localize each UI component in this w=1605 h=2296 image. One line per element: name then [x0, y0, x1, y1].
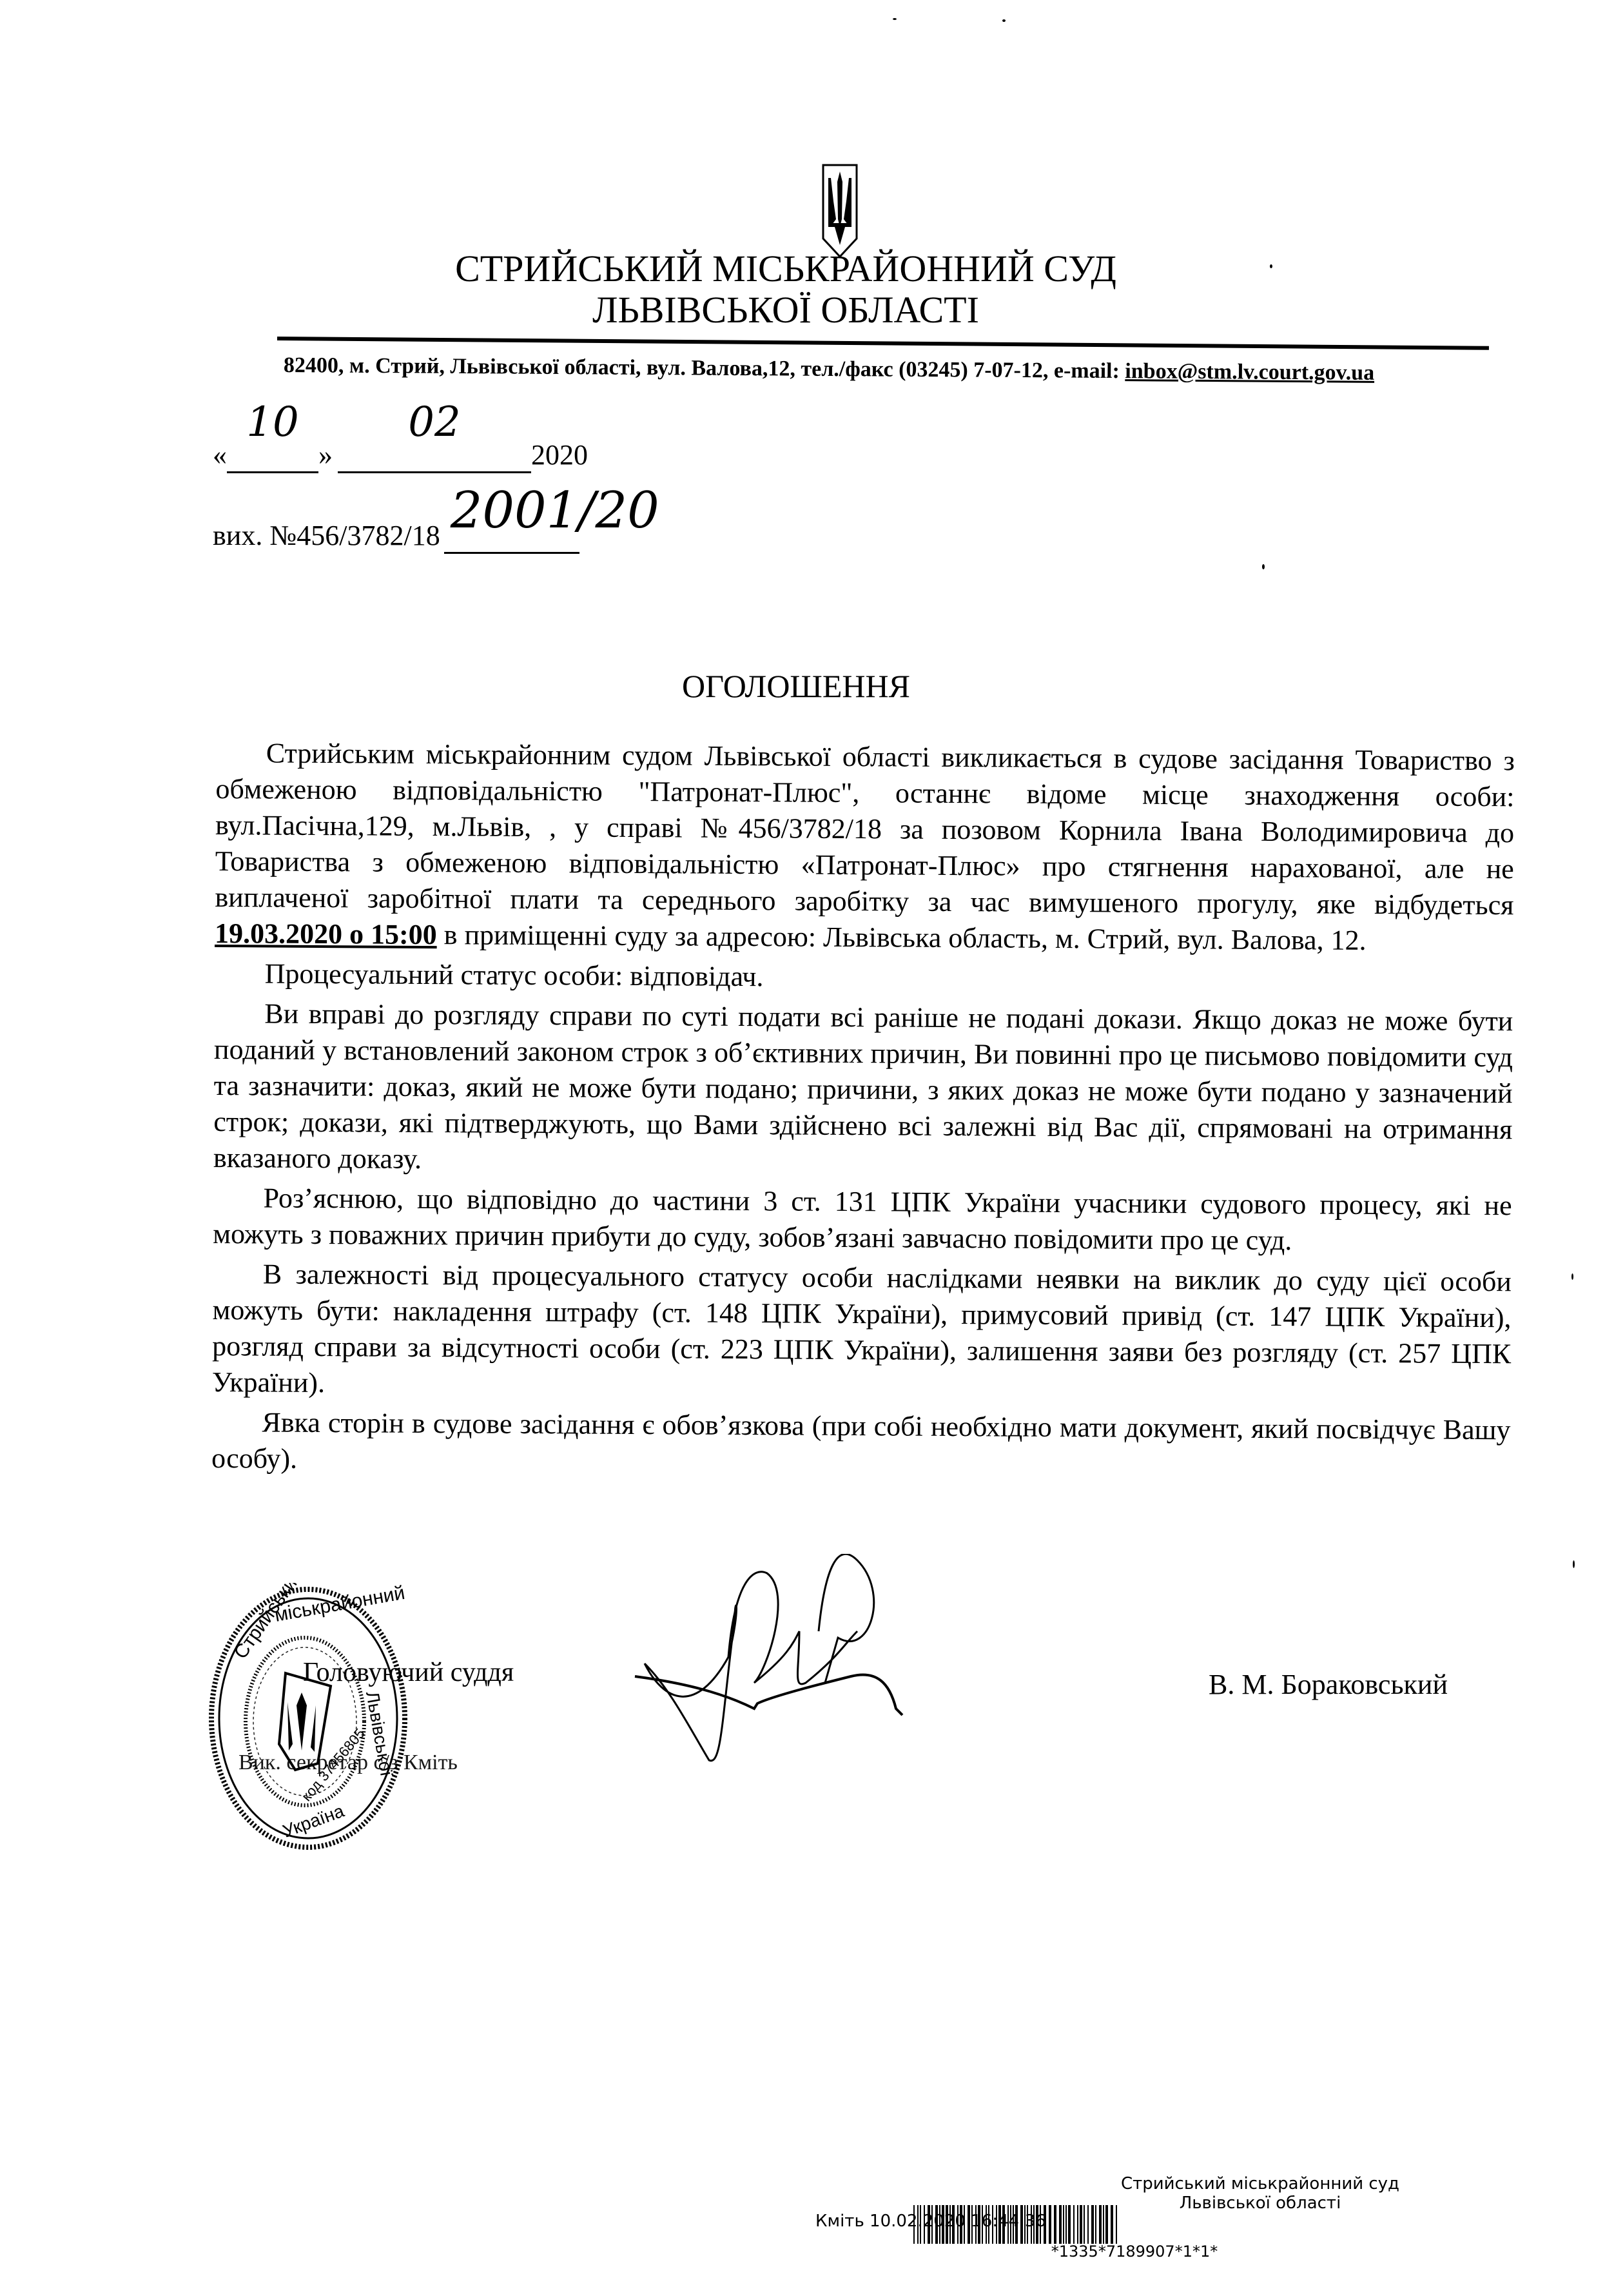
announcement-body: Стрийським міськрайонним судом Львівсько…	[211, 735, 1515, 1484]
barcode-icon	[913, 2205, 1118, 2244]
svg-text:Україна: Україна	[280, 1801, 347, 1841]
barcode-number: *1335*7189907*1*1*	[967, 2242, 1302, 2261]
scan-artifact	[1571, 1273, 1573, 1280]
signature-icon	[632, 1554, 1006, 1857]
date-month-field: 02	[338, 438, 531, 473]
court-name-heading: СТРИЙСЬКИЙ МІСЬКРАЙОННИЙ СУД ЛЬВІВСЬКОЇ …	[0, 248, 1588, 331]
handwritten-month: 02	[338, 398, 531, 446]
outgoing-number-field: 2001/20	[444, 519, 579, 554]
court-name-line-2: ЛЬВІВСЬКОЇ ОБЛАСТІ	[0, 289, 1588, 331]
open-quote: «	[213, 439, 227, 471]
position-label: Головуючий суддя	[303, 1657, 514, 1688]
scan-artifact	[893, 18, 897, 20]
scan-artifact	[1573, 1560, 1575, 1568]
email-link[interactable]: inbox@stm.lv.court.gov.ua	[1125, 359, 1374, 385]
document-title: ОГОЛОШЕННЯ	[0, 667, 1599, 705]
summons-address-text: в приміщенні суду за адресою: Львівська …	[437, 919, 1367, 956]
paragraph-status: Процесуальний статус особи: відповідач.	[215, 956, 1513, 999]
paragraph-clarification: Роз’яснюю, що відповідно до частини 3 ст…	[213, 1180, 1512, 1260]
coat-of-arms-icon	[821, 162, 859, 259]
header-divider	[277, 337, 1489, 350]
paragraph-evidence: Ви вправі до розгляду справи по суті под…	[213, 996, 1513, 1184]
secretary-note: Вик. секретар с/з Кміть	[238, 1751, 458, 1775]
address-text: 82400, м. Стрий, Львівської області, вул…	[284, 353, 1125, 383]
court-address: 82400, м. Стрий, Львівської області, вул…	[284, 353, 1374, 386]
close-quote: »	[318, 439, 333, 471]
date-day-field: 10	[227, 438, 318, 473]
registration-court-line-1: Стрийський міськрайонний суд	[1002, 2174, 1518, 2193]
outgoing-number-label: вих. №456/3782/18	[213, 520, 440, 551]
outgoing-number: вих. №456/3782/182001/20	[213, 519, 579, 554]
judge-name: В. М. Бораковський	[1209, 1668, 1448, 1701]
scan-artifact	[1262, 564, 1265, 569]
handwritten-outgoing-number: 2001/20	[451, 482, 659, 540]
date-year: 2020	[531, 439, 588, 471]
summons-text: Стрийським міськрайонним судом Львівсько…	[215, 737, 1515, 921]
hearing-datetime: 19.03.2020 о 15:00	[215, 917, 437, 950]
handwritten-day: 10	[227, 398, 318, 446]
official-seal-icon: Стрийський міськрайонний Львівської Укра…	[205, 1583, 411, 1854]
document-date: «10 »02 2020	[213, 438, 588, 473]
scan-artifact	[1270, 264, 1272, 268]
court-name-line-1: СТРИЙСЬКИЙ МІСЬКРАЙОННИЙ СУД	[455, 248, 1116, 289]
scan-artifact	[1002, 19, 1006, 22]
paragraph-consequences: В залежності від процесуального статусу …	[212, 1256, 1512, 1408]
paragraph-attendance: Явка сторін в судове засідання є обов’яз…	[211, 1404, 1511, 1484]
paragraph-summons: Стрийським міськрайонним судом Львівсько…	[215, 735, 1515, 959]
